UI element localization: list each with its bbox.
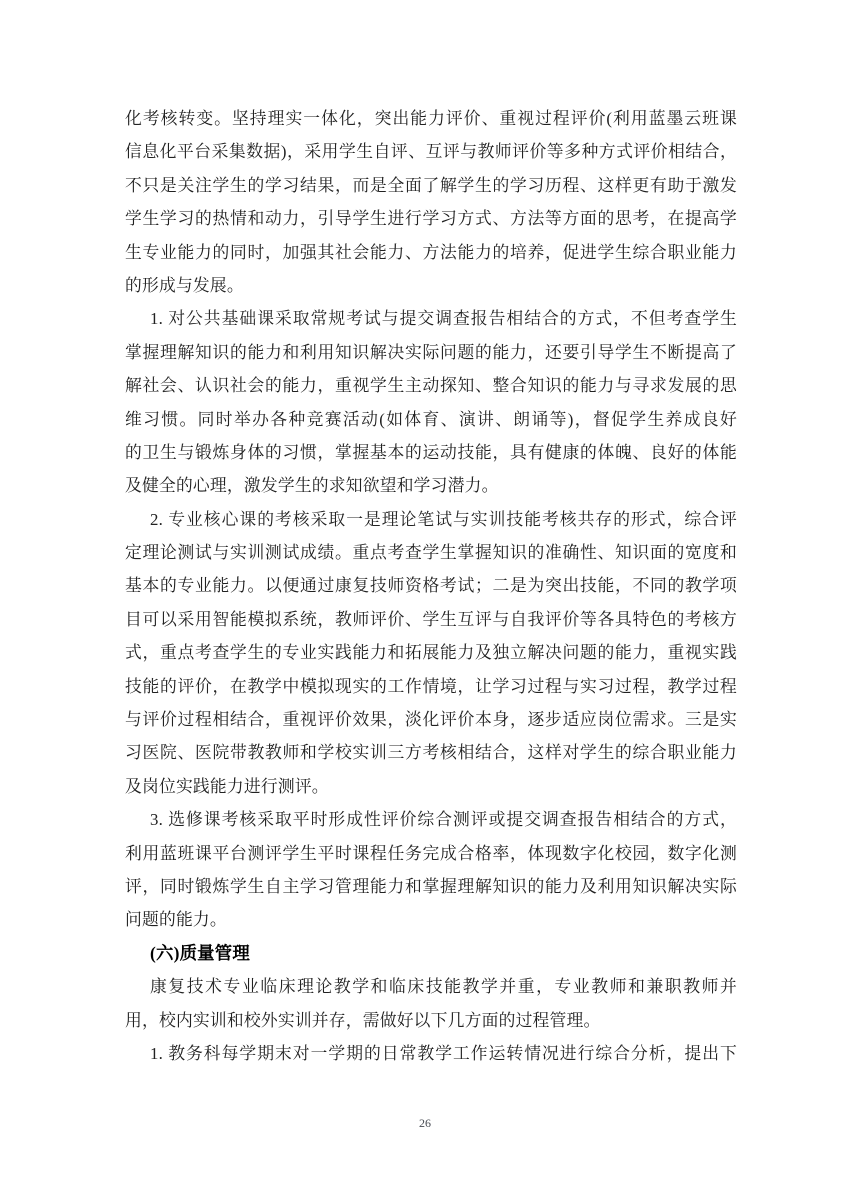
text-line: 维习惯。同时举办各种竞赛活动(如体育、演讲、朗诵等)，督促学生养成良好 (125, 403, 737, 436)
paragraph: 化考核转变。坚持理实一体化，突出能力评价、重视过程评价(利用蓝墨云班课信息化平台… (125, 102, 737, 302)
text-line: 技能的评价，在教学中模拟现实的工作情境，让学习过程与实习过程，教学过程 (125, 670, 737, 703)
text-line: 的形成与发展。 (125, 269, 737, 302)
document-body: 化考核转变。坚持理实一体化，突出能力评价、重视过程评价(利用蓝墨云班课信息化平台… (125, 102, 737, 1070)
text-line: 目可以采用智能模拟系统，教师评价、学生互评与自我评价等各具特色的考核方 (125, 603, 737, 636)
text-line: 习医院、医院带教教师和学校实训三方考核相结合，这样对学生的综合职业能力 (125, 736, 737, 769)
paragraph: 康复技术专业临床理论教学和临床技能教学并重，专业教师和兼职教师并用，校内实训和校… (125, 970, 737, 1037)
text-line: 不只是关注学生的学习结果，而是全面了解学生的学习历程、这样更有助于激发 (125, 169, 737, 202)
text-line: 生专业能力的同时，加强其社会能力、方法能力的培养，促进学生综合职业能力 (125, 236, 737, 269)
section-heading: (六)质量管理 (125, 937, 737, 970)
text-line: 化考核转变。坚持理实一体化，突出能力评价、重视过程评价(利用蓝墨云班课 (125, 102, 737, 135)
text-line: 式，重点考查学生的专业实践能力和拓展能力及独立解决问题的能力，重视实践 (125, 636, 737, 669)
text-line: 1. 对公共基础课采取常规考试与提交调查报告相结合的方式，不但考查学生 (125, 302, 737, 335)
paragraph: 1. 对公共基础课采取常规考试与提交调查报告相结合的方式，不但考查学生掌握理解知… (125, 302, 737, 502)
text-line: 问题的能力。 (125, 903, 737, 936)
text-line: 及岗位实践能力进行测评。 (125, 770, 737, 803)
text-line: 评，同时锻炼学生自主学习管理能力和掌握理解知识的能力及利用知识解决实际 (125, 870, 737, 903)
text-line: 1. 教务科每学期末对一学期的日常教学工作运转情况进行综合分析，提出下 (125, 1037, 737, 1070)
text-line: 利用蓝班课平台测评学生平时课程任务完成合格率，体现数字化校园，数字化测 (125, 837, 737, 870)
text-line: 学生学习的热情和动力，引导学生进行学习方式、方法等方面的思考，在提高学 (125, 202, 737, 235)
text-line: (六)质量管理 (125, 937, 737, 970)
text-line: 信息化平台采集数据)，采用学生自评、互评与教师评价等多种方式评价相结合， (125, 135, 737, 168)
paragraph: 1. 教务科每学期末对一学期的日常教学工作运转情况进行综合分析，提出下 (125, 1037, 737, 1070)
text-line: 及健全的心理，激发学生的求知欲望和学习潜力。 (125, 469, 737, 502)
text-line: 解社会、认识社会的能力，重视学生主动探知、整合知识的能力与寻求发展的思 (125, 369, 737, 402)
text-line: 掌握理解知识的能力和利用知识解决实际问题的能力，还要引导学生不断提高了 (125, 336, 737, 369)
paragraph: 3. 选修课考核采取平时形成性评价综合测评或提交调查报告相结合的方式，利用蓝班课… (125, 803, 737, 937)
text-line: 3. 选修课考核采取平时形成性评价综合测评或提交调查报告相结合的方式， (125, 803, 737, 836)
text-line: 的卫生与锻炼身体的习惯，掌握基本的运动技能，具有健康的体魄、良好的体能 (125, 436, 737, 469)
text-line: 与评价过程相结合，重视评价效果，淡化评价本身，逐步适应岗位需求。三是实 (125, 703, 737, 736)
text-line: 基本的专业能力。以便通过康复技师资格考试；二是为突出技能，不同的教学项 (125, 569, 737, 602)
paragraph: 2. 专业核心课的考核采取一是理论笔试与实训技能考核共存的形式，综合评定理论测试… (125, 503, 737, 804)
text-line: 定理论测试与实训测试成绩。重点考查学生掌握知识的准确性、知识面的宽度和 (125, 536, 737, 569)
text-line: 用，校内实训和校外实训并存，需做好以下几方面的过程管理。 (125, 1004, 737, 1037)
page-number: 26 (0, 1116, 850, 1131)
text-line: 2. 专业核心课的考核采取一是理论笔试与实训技能考核共存的形式，综合评 (125, 503, 737, 536)
document-page: 化考核转变。坚持理实一体化，突出能力评价、重视过程评价(利用蓝墨云班课信息化平台… (0, 0, 850, 1201)
text-line: 康复技术专业临床理论教学和临床技能教学并重，专业教师和兼职教师并 (125, 970, 737, 1003)
